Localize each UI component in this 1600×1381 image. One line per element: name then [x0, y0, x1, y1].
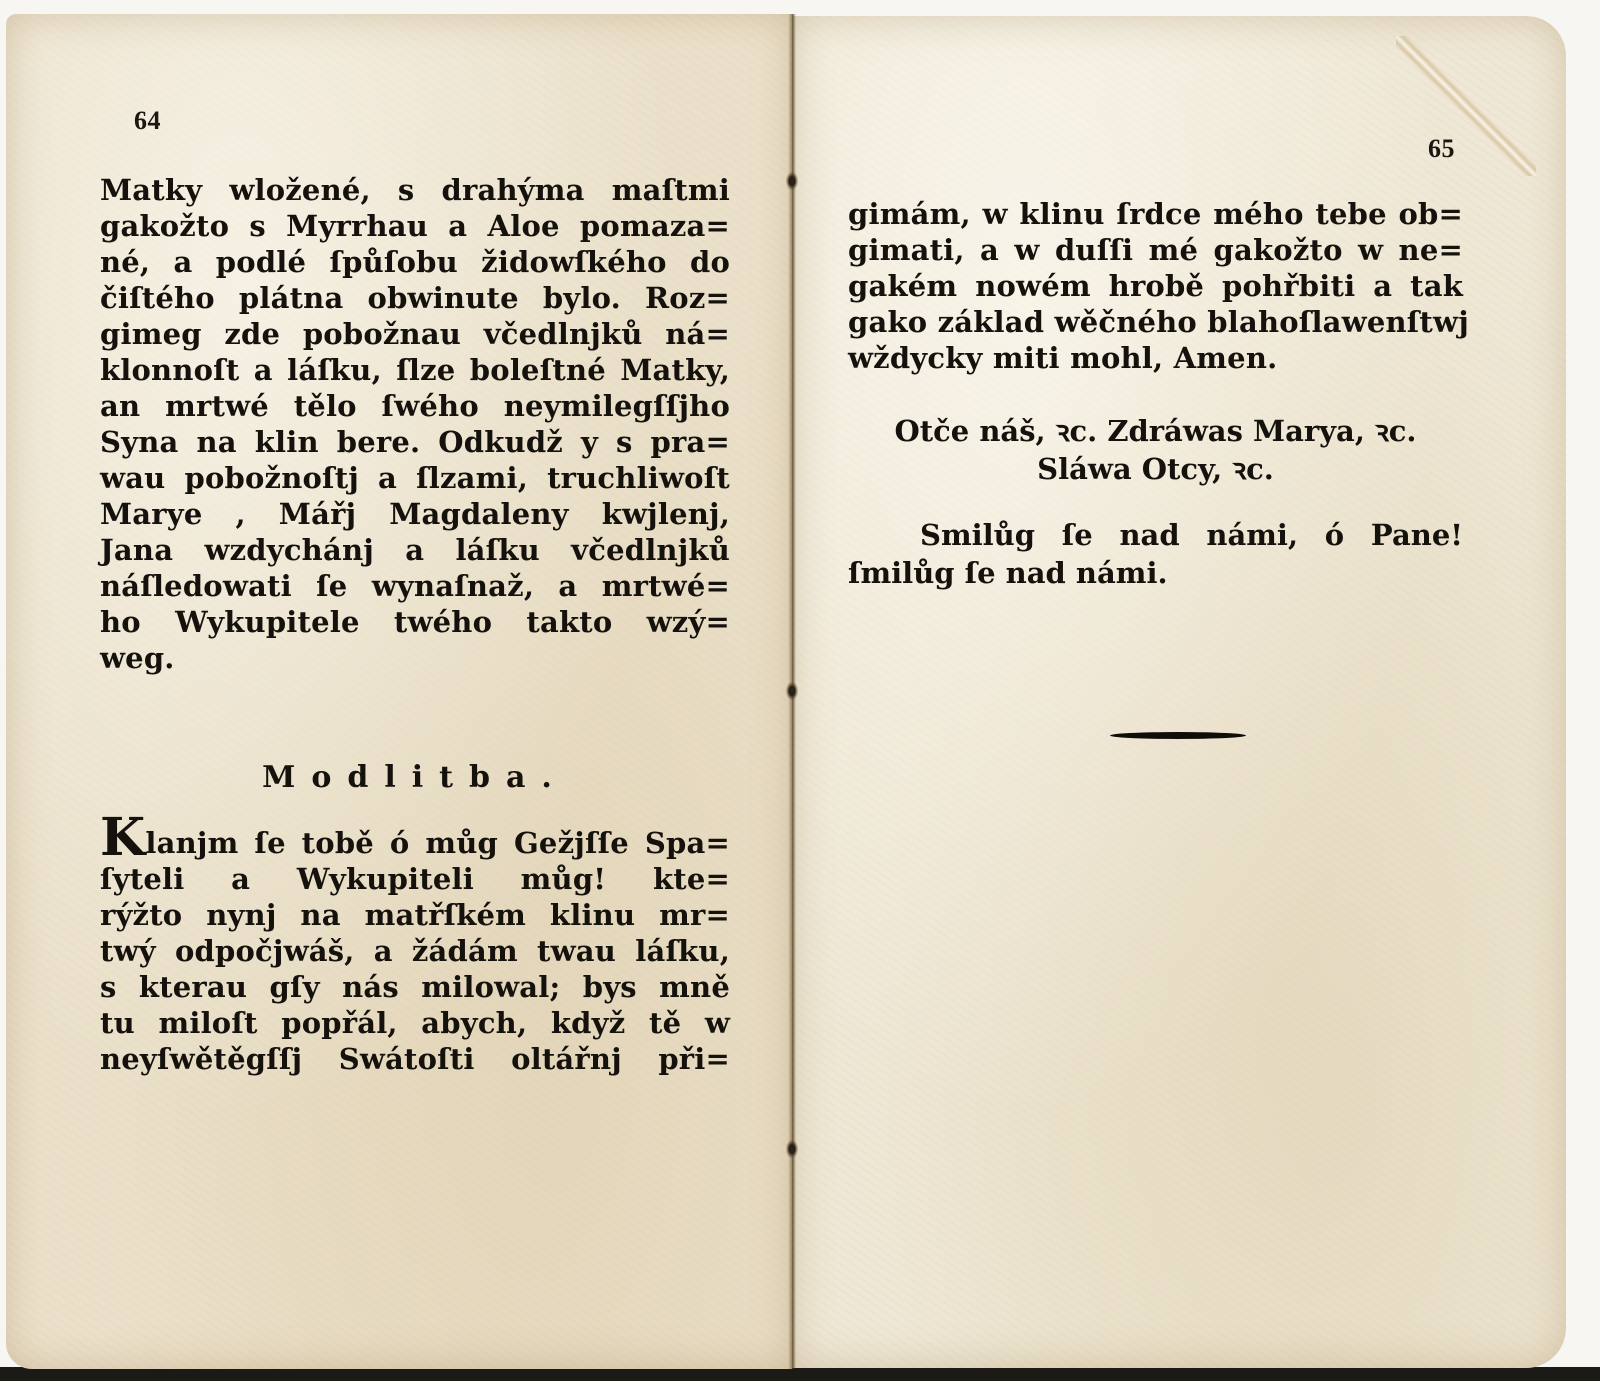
scanner-background: [0, 1367, 1600, 1381]
text-line: čiſtého plátna obwinute bylo. Roz=: [100, 280, 730, 316]
text-line: gakožto s Myrrhau a Aloe pomaza=: [100, 208, 730, 244]
stitch-hole-icon: [786, 1140, 798, 1158]
prayer-refrain: Otče náš, ꝛc. Zdráwas Marya, ꝛc. Sláwa O…: [848, 412, 1463, 488]
section-heading: Modlitba.: [100, 760, 730, 795]
drop-cap: K: [100, 807, 145, 868]
text-line: Marye , Mářj Magdaleny kwjlenj,: [100, 496, 730, 532]
corner-fold-crease: [1396, 36, 1536, 176]
text-line: gimám, w klinu ſrdce mého tebe ob=: [848, 196, 1463, 232]
prayer-text: Klanjm ſe tobě ó můg Gežjſſe Spa= ſyteli…: [100, 820, 730, 1077]
text-line: gako základ wěčného blahoſlawenſtwj: [848, 304, 1463, 340]
text-line: wau pobožnoſtj a ſlzami, truchliwoſt: [100, 460, 730, 496]
text-line: Otče náš, ꝛc. Zdráwas Marya, ꝛc.: [848, 412, 1463, 450]
text-line: Matky wložené, s drahýma maſtmi: [100, 172, 730, 208]
text-line: ho Wykupitele twého takto wzý=: [100, 604, 730, 640]
ornamental-rule: [1110, 732, 1246, 739]
text-line: ſyteli a Wykupiteli můg! kte=: [100, 861, 730, 897]
text-line: klonnoſt a láſku, ſlze boleſtné Matky,: [100, 352, 730, 388]
right-body-text: gimám, w klinu ſrdce mého tebe ob= gimat…: [848, 196, 1463, 376]
stitch-hole-icon: [786, 682, 798, 700]
text-line: gakém nowém hrobě pohřbiti a tak: [848, 268, 1463, 304]
page-number-right: 65: [1428, 134, 1455, 164]
text-line: gimati, a w duſſi mé gakožto w ne=: [848, 232, 1463, 268]
text-line: lanjm ſe tobě ó můg Gežjſſe Spa=: [145, 826, 730, 860]
text-line: né, a podlé ſpůſobu židowſkého do: [100, 244, 730, 280]
text-line: Sláwa Otcy, ꝛc.: [848, 450, 1463, 488]
left-body-text: Matky wložené, s drahýma maſtmi gakožto …: [100, 172, 730, 676]
page-number-left: 64: [134, 106, 161, 136]
text-line: Smilůg ſe nad námi, ó Pane!: [848, 516, 1463, 554]
text-line: rýžto nynj na matřſkém klinu mr=: [100, 897, 730, 933]
text-line: Jana wzdychánj a láſku včedlnjků: [100, 532, 730, 568]
stitch-hole-icon: [786, 172, 798, 190]
text-line: tu miloſt popřál, abych, když tě w: [100, 1005, 730, 1041]
text-line: weg.: [100, 640, 730, 676]
text-line: náſledowati ſe wynaſnaž, a mrtwé=: [100, 568, 730, 604]
mercy-invocation: Smilůg ſe nad námi, ó Pane! ſmilůg ſe na…: [848, 516, 1463, 592]
text-line: Syna na klin bere. Odkudž y s pra=: [100, 424, 730, 460]
text-line: neyſwětěgſſj Swátoſti oltářnj při=: [100, 1041, 730, 1077]
text-line: twý odpočjwáš, a žádám twau láſku,: [100, 933, 730, 969]
text-line: wždycky miti mohl, Amen.: [848, 340, 1463, 376]
text-line: gimeg zde pobožnau včedlnjků ná=: [100, 316, 730, 352]
text-line: an mrtwé tělo ſwého neymilegſſjho: [100, 388, 730, 424]
text-line: s kterau gſy nás milowal; bys mně: [100, 969, 730, 1005]
text-line: ſmilůg ſe nad námi.: [848, 554, 1463, 592]
